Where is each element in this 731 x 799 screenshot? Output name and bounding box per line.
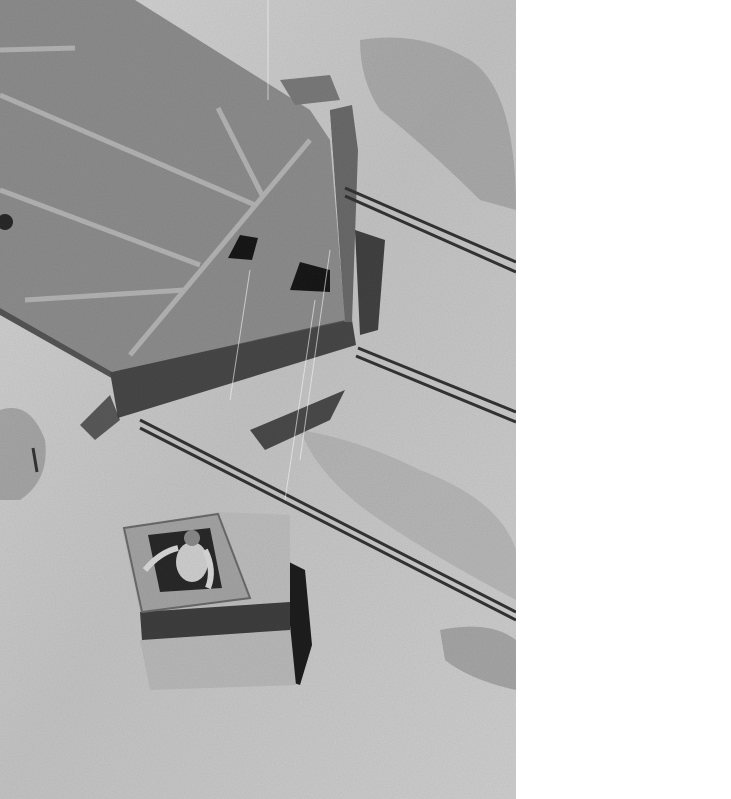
- photo-scene: [0, 0, 516, 799]
- aerial-photograph: [0, 0, 516, 799]
- person-torso: [176, 542, 208, 582]
- person-head: [184, 530, 200, 546]
